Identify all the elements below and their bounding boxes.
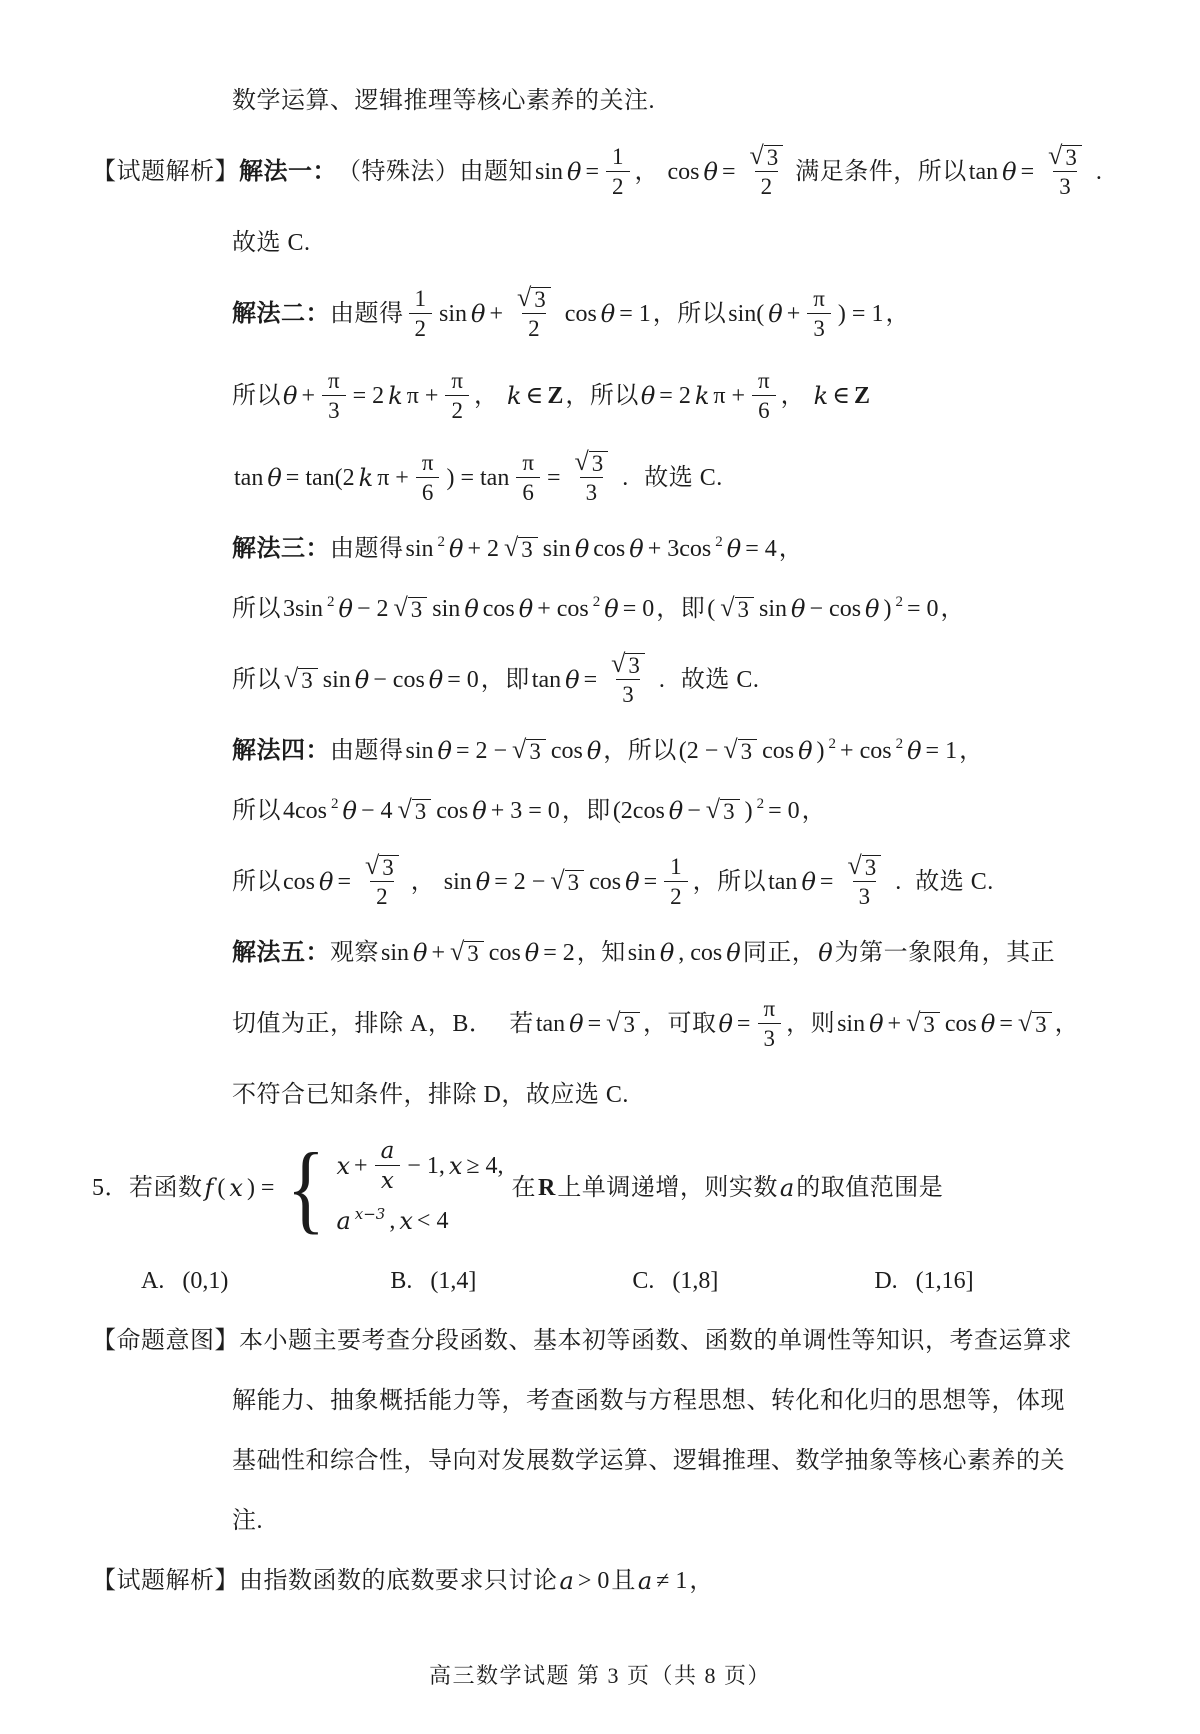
math-run: (1,16] [914,1264,976,1298]
text-run: ， [941,592,966,626]
math-run: cos [666,155,702,189]
math-var: a [778,1171,796,1205]
math-run: = 2 [541,936,577,970]
radicand: 3 [379,855,399,880]
text-run: 观察 [330,936,379,970]
math-run: . [620,461,630,495]
math-run: + 3cos [646,532,714,566]
text-run: 所以 [232,379,281,413]
radical-icon: √ [847,853,861,878]
math-var: θ [789,592,807,626]
math-run: D. [872,1264,899,1298]
square-root: √3 [906,1011,940,1037]
solution-label: 解法四： [232,734,330,768]
square-root: √3 [723,738,757,764]
math-var: θ [265,461,283,495]
math-run: 1 [413,286,429,312]
math-run: sin [430,592,462,626]
math-run: 2 [668,884,684,910]
denominator: x [375,1165,400,1194]
math-run: − 2 [355,592,391,626]
spacer [903,882,915,883]
math-run: 3 [739,739,755,764]
radical-icon: √ [750,143,764,168]
math-run: 3 [1057,174,1073,200]
math-var: x [447,1149,465,1183]
superscript: 2 [591,592,603,610]
exam-solution-page: 数学运算、逻辑推理等核心素养的关注.【试题解析】解法一：（特殊法）由题知sinθ… [0,0,1200,1598]
math-run: (1,8] [670,1264,720,1298]
math-run: π [756,368,772,394]
radicand: 3 [735,597,755,622]
text-run: ，所以 [603,734,677,768]
text-run: 切值为正，排除 A，B． [232,1007,493,1041]
math-var: θ [337,592,355,626]
math-run: sin [533,155,565,189]
square-root: √3 [550,869,584,895]
square-root: √3 [1048,144,1082,170]
question-5-options: A.(0,1)B.(1,4]C.(1,8]D.(1,16] [139,1264,1145,1298]
numerator: √3 [604,652,652,679]
math-run: 3 [921,1012,937,1037]
square-root: √3 [750,144,784,170]
math-run: + 2 [465,532,501,566]
math-run: , [387,1204,397,1238]
math-var: θ [867,1007,885,1041]
intent-line2: 解能力、抽象概括能力等，考查函数与方程思想、转化和化归的思想等，体现 [232,1384,1145,1418]
math-run: π [449,368,465,394]
math-run: + 3 = 0 [489,794,562,828]
text-run: ， [959,734,984,768]
denominator: 6 [416,477,440,506]
math-run: (2cos [611,794,667,828]
text-run: 故选 C. [232,226,311,260]
text-run: ， [802,794,827,828]
math-var: θ [470,794,488,828]
solution4-line1: 解法四：由题得sinθ= 2 −√3cosθ，所以(2 −√3cosθ)2+ c… [232,734,1145,768]
math-var: k [812,379,831,413]
math-run: 3 [626,653,642,678]
math-run: 6 [520,480,536,506]
math-var: x [334,1149,352,1183]
math-run: = 4 [743,532,779,566]
text-run: ， [781,379,812,413]
math-run: cos [549,734,585,768]
radicand: 3 [920,1012,940,1037]
square-root: √3 [284,667,318,693]
intent-line1: 【命题意图】本小题主要考查分段函数、基本初等函数、函数的单调性等知识，考查运算求 [92,1324,1145,1358]
fraction: √33 [604,652,652,708]
math-run: = [735,1007,753,1041]
numerator: √3 [743,144,791,171]
radical-icon: √ [398,797,412,822]
math-var: θ [1000,155,1018,189]
math-run: cos [760,734,796,768]
left-brace-icon: { [287,1148,325,1228]
math-run: 1 [668,854,684,880]
math-var: θ [565,155,583,189]
math-run: ( [215,1171,227,1205]
math-run: = [720,155,738,189]
radicand: 3 [720,799,740,824]
math-var: θ [639,379,657,413]
radicand: 3 [408,597,428,622]
math-run: 2 [413,316,429,342]
radicand: 3 [620,1012,640,1037]
numerator: 1 [664,854,688,881]
math-run: sin [379,936,411,970]
text-run: ， [689,1564,714,1598]
superscript: 2 [713,532,725,550]
denominator: 3 [758,1023,782,1052]
math-run: 2 [610,174,626,200]
math-run: A. [139,1264,166,1298]
solution-label: 解法一： [239,155,337,189]
radicand: 3 [464,941,484,966]
numerator: √3 [1041,144,1089,171]
radicand: 3 [1032,1012,1052,1037]
math-run: π [520,450,536,476]
math-run: 3 [762,1026,778,1052]
text-run: ，即 [562,794,611,828]
denominator: 2 [755,171,779,200]
math-run: cos [943,1007,979,1041]
text-run: 为第一象限角，其正 [835,936,1056,970]
question-5: 5．若函数f(x) ={x+ax− 1,x≥ 4,ax−3,x< 4在R上单调递… [92,1138,1145,1238]
math-var: θ [567,1007,585,1041]
analysis-solution1: 【试题解析】解法一：（特殊法）由题知sinθ=12， cosθ=√32满足条件，… [92,144,1145,200]
radicand: 3 [298,668,318,693]
math-var: θ [796,734,814,768]
text-run: 故选 C. [915,865,994,899]
math-run: ∈ [830,379,852,413]
math-run: ( [705,592,717,626]
math-var: a [379,1138,397,1164]
numerator: π [807,286,831,313]
denominator: 6 [752,395,776,424]
math-run: = 2 − [454,734,509,768]
math-var: θ [799,865,817,899]
math-run: cos [587,865,623,899]
cases-column: x+ax− 1,x≥ 4,ax−3,x< 4 [334,1138,505,1238]
text-run: ，所以 [565,379,639,413]
math-run: ) [881,592,893,626]
solution-label: 解法五： [232,936,330,970]
numerator: √3 [568,450,616,477]
math-run: 3 [527,739,543,764]
math-run: 6 [756,398,772,424]
square-root: √3 [517,286,551,312]
math-run: sin [321,663,353,697]
text-run: 基础性和综合性，导向对发展数学运算、逻辑推理、数学抽象等核心素养的关 [232,1444,1065,1478]
math-run: = [335,865,353,899]
text-run: ， [779,532,804,566]
superscript: 2 [436,532,448,550]
text-run: 数学运算、逻辑推理等核心素养的关注. [232,84,655,118]
denominator: 3 [807,313,831,342]
math-run: = 1 [924,734,960,768]
math-run: sin [835,1007,867,1041]
text-run: ， [474,379,505,413]
text-run: 由题得 [330,734,404,768]
text-run: ， [411,865,442,899]
math-var: a [636,1564,654,1598]
math-var: θ [816,936,834,970]
math-run: + [487,297,505,331]
text-run: （特殊法）由题知 [337,155,533,189]
math-run: sin [404,532,436,566]
math-run: + cos [535,592,591,626]
math-run: 3 [1063,145,1079,170]
text-run: ，所以 [653,297,727,331]
superscript: 2 [325,592,337,610]
numerator: √3 [510,286,558,313]
math-run: tan [232,461,265,495]
text-run: 的取值范围是 [796,1171,943,1205]
numerator: π [757,996,781,1023]
radicand: 3 [589,451,609,476]
numerator: √3 [358,854,406,881]
math-var: θ [462,592,480,626]
math-run: + [886,1007,904,1041]
spacer [478,1281,630,1282]
numerator: π [322,368,346,395]
math-run: sin [541,532,573,566]
fraction: 12 [409,286,433,342]
text-run: 且 [611,1564,636,1598]
math-run: sin [757,592,789,626]
radical-icon: √ [365,853,379,878]
text-run: ，即 [656,592,705,626]
math-run: π [811,286,827,312]
radicand: 3 [565,870,585,895]
text-run: ，可取 [643,1007,717,1041]
denominator: 2 [409,313,433,342]
math-run: = [642,865,660,899]
superscript: 2 [893,592,905,610]
radical-icon: √ [906,1010,920,1035]
math-run: ) = [245,1171,277,1205]
solution4-line3: 所以cosθ=√32， sinθ= 2 −√3cosθ=12，所以tanθ=√3… [232,854,1145,910]
spacer [656,1281,670,1282]
math-run: ∈ [524,379,546,413]
math-run: + [785,297,803,331]
math-run: sin [404,734,436,768]
text-run: ， [885,297,910,331]
math-run: 2 [759,174,775,200]
math-var: θ [563,663,581,697]
spacer [667,680,681,681]
math-run: 3 [566,870,582,895]
text-run: 由题得 [330,532,404,566]
math-run: 3 [413,799,429,824]
math-var: θ [436,734,454,768]
math-run: tan [766,865,799,899]
denominator: 3 [853,881,877,910]
text-run: 由题得 [330,297,404,331]
square-root: √3 [847,854,881,880]
numerator: π [752,368,776,395]
math-var: θ [863,592,881,626]
solution3-line1: 解法三：由题得sin2θ+ 2√3sinθcosθ+ 3cos2θ= 4， [232,532,1145,566]
text-run: 【命题意图】本小题主要考查分段函数、基本初等函数、函数的单调性等知识，考查运算求 [92,1324,1072,1358]
fraction: π3 [807,286,831,342]
math-run: 3 [532,287,548,312]
superscript: 2 [827,734,839,752]
math-run: 3 [409,597,425,622]
case-row: ax−3,x< 4 [334,1204,450,1238]
radicand: 3 [412,799,432,824]
text-run: 所以 [232,865,281,899]
radical-icon: √ [1018,1010,1032,1035]
math-run: π [420,450,436,476]
math-var: θ [353,663,371,697]
text-run: ， [1055,1007,1080,1041]
radical-icon: √ [550,868,564,893]
text-run: 若 [509,1007,534,1041]
text-run: 注. [232,1504,263,1538]
math-var: θ [623,865,641,899]
math-var: k [505,379,524,413]
text-run: 满足条件，所以 [795,155,967,189]
math-run: 3 [380,855,396,880]
math-run: ) [743,794,755,828]
intent-line3: 基础性和综合性，导向对发展数学运算、逻辑推理、数学抽象等核心素养的关 [232,1444,1145,1478]
solution2-line2: 所以θ+π3= 2kπ +π2， k∈Z，所以θ= 2kπ +π6， k∈Z [232,368,1145,424]
math-var: θ [766,297,784,331]
math-run: ) [815,734,827,768]
text-run: ，即 [481,663,530,697]
square-root: √3 [611,652,645,678]
text-run: ， [635,155,666,189]
math-run: cos [591,532,627,566]
radicand: 3 [764,145,784,170]
radical-icon: √ [512,737,526,762]
math-var: θ [627,532,645,566]
text-run: 故选 C. [644,461,723,495]
math-run: > 0 [576,1564,612,1598]
fraction: √33 [568,450,616,506]
math-run: = [1019,155,1037,189]
math-var: a [334,1204,352,1238]
math-run: π + [711,379,747,413]
math-var: θ [573,532,591,566]
math-run: + [429,936,447,970]
math-run: 1 [610,144,626,170]
solution5-line1: 解法五：观察sinθ+√3cosθ= 2，知sinθ, cosθ同正，θ为第一象… [232,936,1145,970]
text-run: 所以 [232,592,281,626]
math-run: = [997,1007,1015,1041]
fraction: π3 [757,996,781,1052]
text-run: 【试题解析】由指数函数的底数要求只讨论 [92,1564,558,1598]
radical-icon: √ [611,651,625,676]
text-run: 在 [512,1171,537,1205]
spacer [720,1281,872,1282]
set-symbol: Z [545,379,565,413]
math-run: 4cos [281,794,329,828]
math-run: 3 [765,145,781,170]
math-run: π [326,368,342,394]
radical-icon: √ [394,595,408,620]
math-var: x [379,1168,396,1194]
remark-tail: 数学运算、逻辑推理等核心素养的关注. [232,84,1145,118]
fraction: √33 [1041,144,1089,200]
math-var: θ [585,734,603,768]
math-run: (1,4] [428,1264,478,1298]
math-run: (2 − [677,734,721,768]
fraction: √32 [743,144,791,200]
numerator: 1 [409,286,433,313]
math-run: = [583,155,601,189]
denominator: 2 [522,313,546,342]
superscript: 2 [894,734,906,752]
square-root: √3 [720,596,754,622]
math-run: 3 [326,398,342,424]
math-run: π + [405,379,441,413]
radical-icon: √ [575,449,589,474]
math-run: tan [967,155,1000,189]
math-run: = 0 [905,592,941,626]
radical-icon: √ [706,797,720,822]
math-run: cos [487,936,523,970]
math-run: = 0 [766,794,802,828]
math-var: θ [905,734,923,768]
denominator: 2 [664,881,688,910]
math-var: θ [341,794,359,828]
numerator: √3 [840,854,888,881]
math-run: − [685,794,703,828]
text-run: ，知 [577,936,626,970]
math-run: = 2 − [492,865,547,899]
math-var: θ [427,663,445,697]
math-run: 3 [590,451,606,476]
math-var: θ [725,532,743,566]
math-run: π + [375,461,411,495]
math-run: 3sin [281,592,325,626]
text-run: 同正， [743,936,817,970]
math-var: θ [658,936,676,970]
superscript: 2 [755,794,767,812]
numerator: 1 [606,144,630,171]
solution2-line1: 解法二：由题得12sinθ+√32cosθ= 1，所以sin(θ+π3) = 1… [232,286,1145,342]
math-var: θ [702,155,720,189]
spacer [493,1024,509,1025]
math-run: + cos [838,734,894,768]
math-var: k [693,379,712,413]
denominator: 3 [322,395,346,424]
math-run: 2 [449,398,465,424]
denominator: 3 [580,477,604,506]
math-run: ) = 1 [836,297,886,331]
radicand: 3 [526,739,546,764]
math-run: . [1094,155,1104,189]
fraction: π6 [752,368,776,424]
math-run: 3 [721,799,737,824]
radicand: 3 [625,653,645,678]
fraction: π3 [322,368,346,424]
math-run: < 4 [415,1204,451,1238]
text-run: 上单调递增，则实数 [557,1171,778,1205]
math-run: tan [534,1007,567,1041]
math-run: cos [434,794,470,828]
math-run: − 4 [359,794,395,828]
spacer [166,1281,180,1282]
radicand: 3 [518,537,538,562]
numerator: π [416,450,440,477]
radicand: 3 [1062,145,1082,170]
solution5-line2: 切值为正，排除 A，B．若tanθ=√3，可取θ=π3，则sinθ+√3cosθ… [232,996,1145,1052]
math-run: = 1 [617,297,653,331]
